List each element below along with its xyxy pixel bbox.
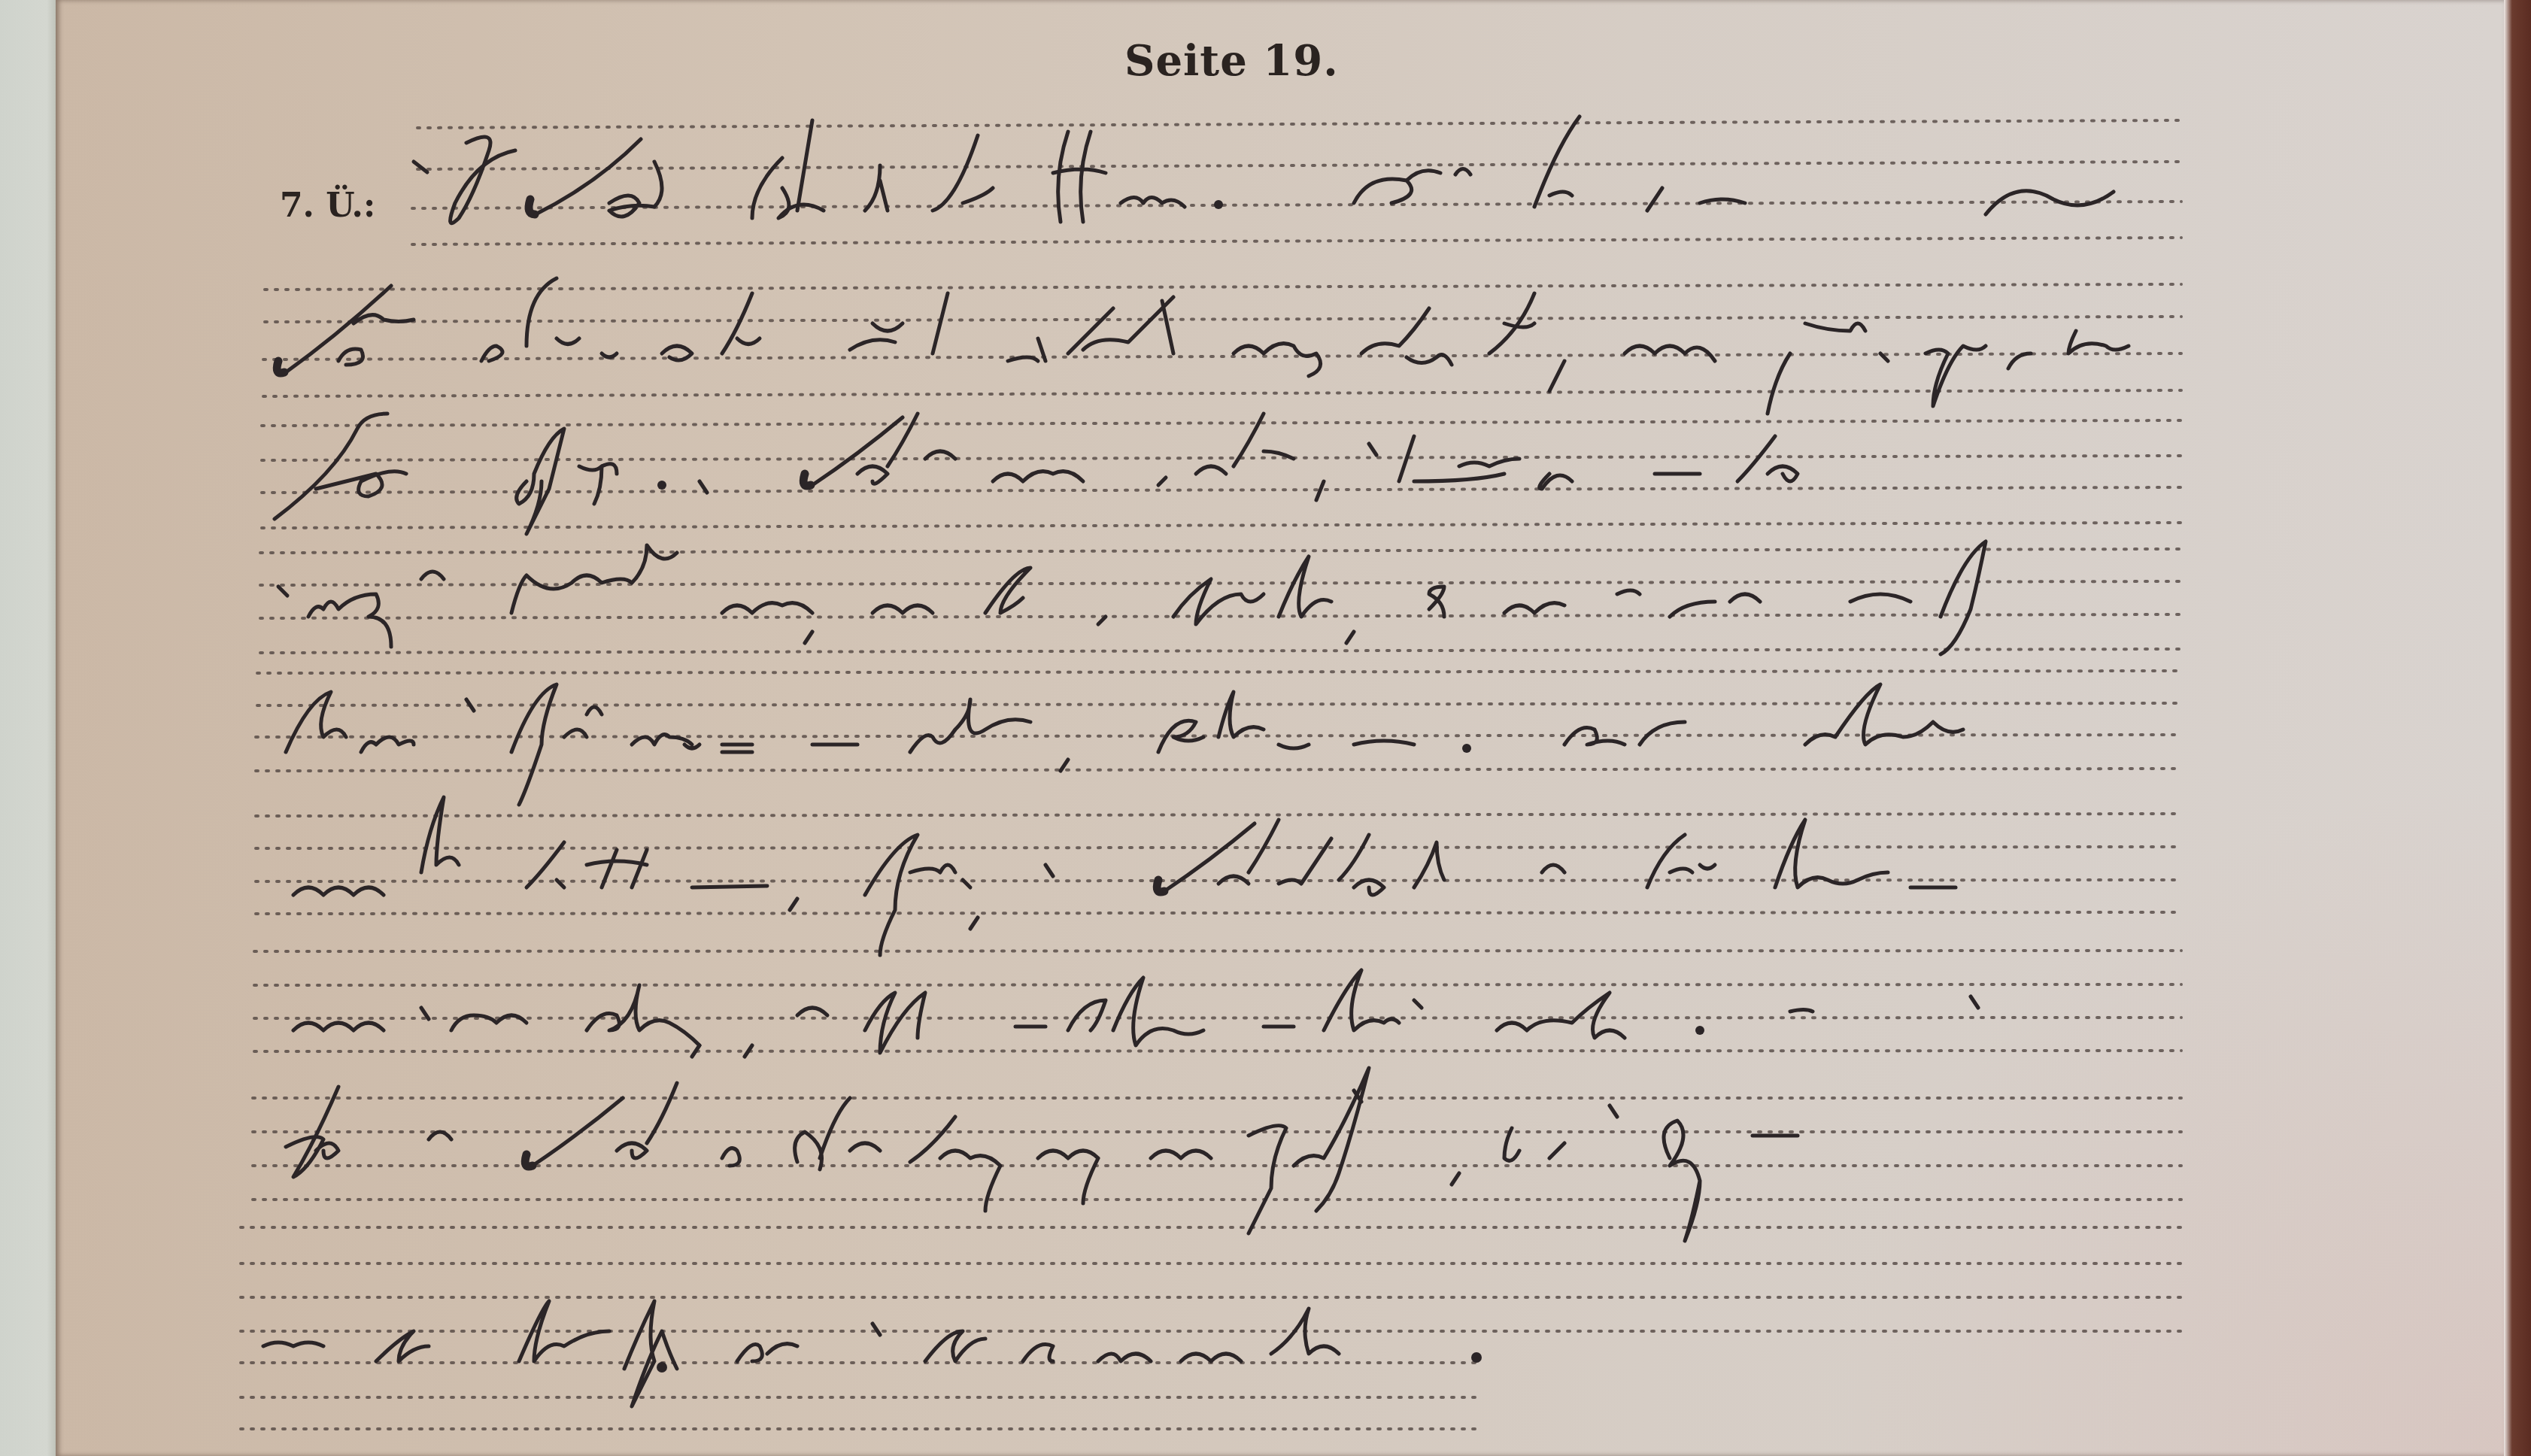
shorthand-text xyxy=(0,0,2531,1456)
shorthand-line-7 xyxy=(293,970,1978,1057)
shorthand-line-8 xyxy=(286,1068,1798,1241)
shorthand-line-3 xyxy=(275,414,1798,534)
shorthand-line-9 xyxy=(263,1301,1482,1406)
shorthand-line-2 xyxy=(277,278,2129,414)
shorthand-line-4 xyxy=(278,541,1986,654)
shorthand-line-1 xyxy=(414,117,2114,223)
shorthand-line-6 xyxy=(293,797,1956,955)
shorthand-line-5 xyxy=(286,684,1963,805)
